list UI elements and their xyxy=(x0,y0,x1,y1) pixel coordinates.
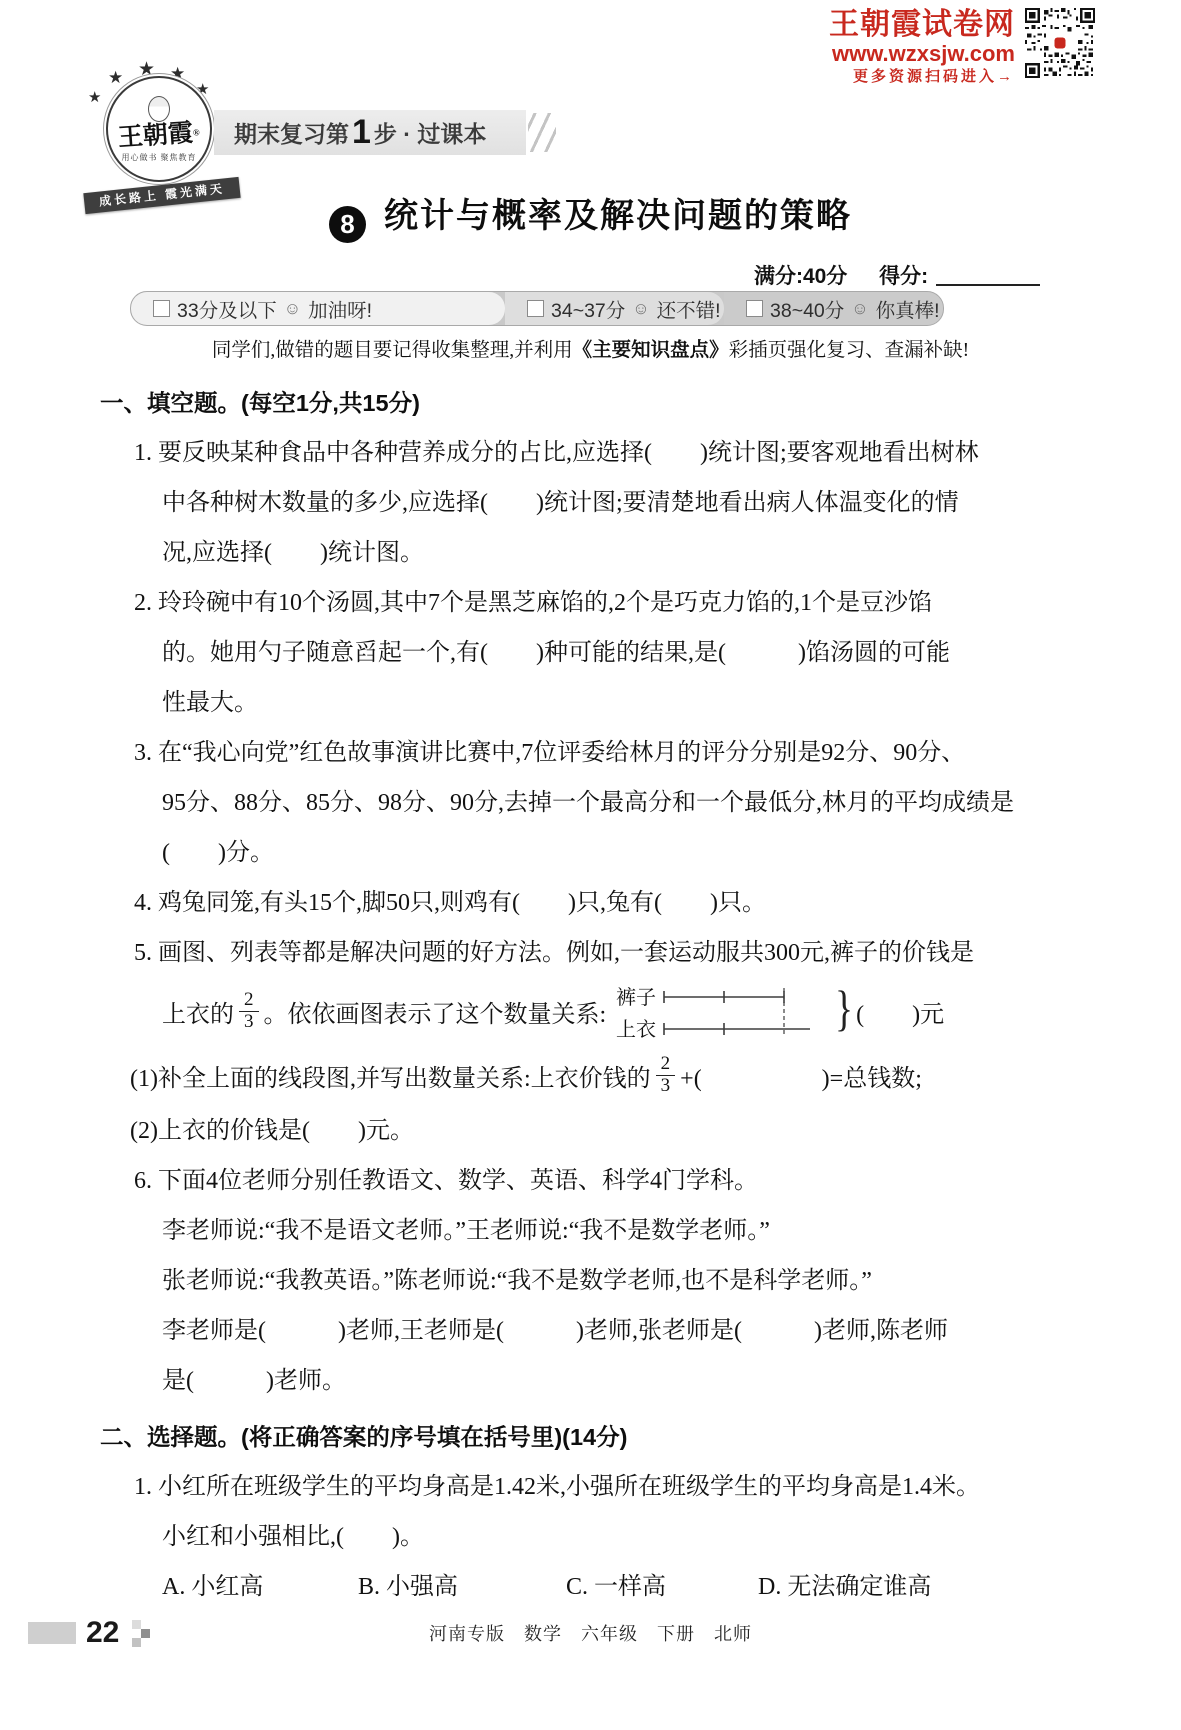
option-c: C. 一样高 xyxy=(566,1562,758,1612)
score-remark: 加油呀! xyxy=(308,295,372,323)
q5-line: 5. 画图、列表等都是解决问题的好方法。例如,一套运动服共300元,裤子的价钱是 xyxy=(100,928,1085,978)
score-checkbox[interactable] xyxy=(746,300,763,317)
smiley-icon: ☺ xyxy=(851,299,868,319)
choice-q1-line: 1. 小红所在班级学生的平均身高是1.42米,小强所在班级学生的平均身高是1.4… xyxy=(100,1462,1085,1512)
fraction-denominator: 3 xyxy=(661,1076,671,1097)
fraction-two-thirds: 2 3 xyxy=(239,990,259,1033)
score-checkbox[interactable] xyxy=(153,300,170,317)
q6-line: 张老师说:“我教英语。”陈老师说:“我不是数学老师,也不是科学老师。” xyxy=(100,1256,1085,1306)
full-score-label: 满分:40分 xyxy=(754,265,847,288)
q2-line: 2. 玲玲碗中有10个汤圆,其中7个是黑芝麻馅的,2个是巧克力馅的,1个是豆沙馅 xyxy=(100,578,1085,628)
qr-caption: 更多资源扫码进入→ xyxy=(829,66,1015,87)
q1-line: 1. 要反映某种食品中各种营养成分的占比,应选择( )统计图;要客观地看出树林 xyxy=(100,428,1085,478)
q5-sub1-prefix: (1)补全上面的线段图,并写出数量关系:上衣价钱的 xyxy=(130,1058,651,1093)
q2-line: 性最大。 xyxy=(100,678,1085,728)
banner-step-number: 1 xyxy=(352,113,371,152)
q1-line: 况,应选择( )统计图。 xyxy=(100,528,1085,578)
q3-line: 3. 在“我心向党”红色故事演讲比赛中,7位评委给林月的评分分别是92分、90分… xyxy=(100,728,1085,778)
q4-line: 4. 鸡兔同笼,有头15个,脚50只,则鸡有( )只,兔有( )只。 xyxy=(100,878,1085,928)
q5-sub1-suffix: +( )=总钱数; xyxy=(680,1058,922,1093)
fraction-denominator: 3 xyxy=(244,1012,254,1033)
banner-stripes xyxy=(528,113,556,152)
site-url: www.wzxsjw.com xyxy=(829,41,1015,66)
smiley-icon: ☺ xyxy=(632,299,649,319)
q2-line: 的。她用勺子随意舀起一个,有( )种可能的结果,是( )馅汤圆的可能 xyxy=(100,628,1085,678)
q6-line: 是( )老师。 xyxy=(100,1356,1085,1406)
fraction-numerator: 2 xyxy=(656,1054,676,1076)
option-d: D. 无法确定谁高 xyxy=(758,1562,931,1612)
diagram-bottom-label: 上衣 xyxy=(616,1018,656,1041)
paper-title-row: 8 统计与概率及解决问题的策略 xyxy=(0,188,1181,243)
q6-line: 李老师是( )老师,王老师是( )老师,张老师是( )老师,陈老师 xyxy=(100,1306,1085,1356)
badge-face-icon xyxy=(148,96,170,122)
diagram-top-label: 裤子 xyxy=(616,986,656,1009)
section-choice-heading: 二、选择题。(将正确答案的序号填在括号里)(14分) xyxy=(100,1420,1085,1454)
question-content: 一、填空题。(每空1分,共15分) 1. 要反映某种食品中各种营养成分的占比,应… xyxy=(100,386,1085,1612)
site-name: 王朝霞试卷网 xyxy=(829,8,1015,41)
line-segment-diagram: 裤子 上衣 xyxy=(614,980,830,1042)
choice-q1-line: 小红和小强相比,( )。 xyxy=(100,1512,1085,1562)
diagram-brace: } xyxy=(835,983,853,1033)
star-icon: ★ xyxy=(88,88,101,107)
q5-sub2-line: (2)上衣的价钱是( )元。 xyxy=(100,1106,1085,1156)
qr-code-icon xyxy=(1025,8,1095,78)
site-text: 王朝霞试卷网 www.wzxsjw.com 更多资源扫码进入→ xyxy=(829,8,1015,87)
q5-diagram-tail: ( )元 xyxy=(856,994,944,1029)
fraction-numerator: 2 xyxy=(239,990,259,1012)
banner-text-prefix: 期末复习第 xyxy=(234,116,349,149)
site-logo-block: 王朝霞试卷网 www.wzxsjw.com 更多资源扫码进入→ xyxy=(829,8,1095,87)
badge-brand-name: 王朝霞® xyxy=(117,120,200,151)
score-range-label: 34~37分 xyxy=(551,295,625,323)
badge-circle: 王朝霞® 用心做书 聚焦教育 xyxy=(106,76,212,182)
star-icon: ★ xyxy=(108,68,123,88)
unit-number-badge: 8 xyxy=(329,206,366,243)
page-title: 统计与概率及解决问题的策略 xyxy=(384,197,852,235)
option-a: A. 小红高 xyxy=(162,1562,358,1612)
score-band-segment-high: 38~40分 ☺ 你真棒! xyxy=(724,292,943,325)
score-range-label: 38~40分 xyxy=(770,295,844,323)
score-band-segment-low: 33分及以下 ☺ 加油呀! xyxy=(131,292,505,325)
badge-tagline: 用心做书 聚焦教育 xyxy=(122,152,197,163)
earned-score-label: 得分: xyxy=(879,265,928,288)
q5-frac-suffix: 。依依画图表示了这个数量关系: xyxy=(264,994,607,1029)
banner-text-suffix: 步 · 过课本 xyxy=(374,116,486,149)
q6-line: 李老师说:“我不是语文老师。”王老师说:“我不是数学老师。” xyxy=(100,1206,1085,1256)
review-step-banner: 期末复习第 1 步 · 过课本 xyxy=(214,110,526,155)
q5-sub1-line: (1)补全上面的线段图,并写出数量关系:上衣价钱的 2 3 +( )=总钱数; xyxy=(100,1044,1085,1106)
q3-line: ( )分。 xyxy=(100,828,1085,878)
score-band-segment-mid: 34~37分 ☺ 还不错! xyxy=(505,292,724,325)
score-remark: 你真棒! xyxy=(876,295,940,323)
brand-badge: ★ ★ ★ ★ ★ 王朝霞® 用心做书 聚焦教育 成长路上 霞光满天 xyxy=(92,60,232,200)
section-fill-heading: 一、填空题。(每空1分,共15分) xyxy=(100,386,1085,420)
smiley-icon: ☺ xyxy=(284,299,301,319)
earned-score-blank xyxy=(936,266,1040,286)
q6-line: 6. 下面4位老师分别任教语文、数学、英语、科学4门学科。 xyxy=(100,1156,1085,1206)
page-footer: 22 河南专版 数学 六年级 下册 北师 xyxy=(0,1608,1181,1664)
note-pre: 同学们,做错的题目要记得收集整理,并利用 xyxy=(212,340,573,361)
registered-mark: ® xyxy=(193,127,200,137)
note-post: 彩插页强化复习、查漏补缺! xyxy=(729,340,970,361)
score-range-label: 33分及以下 xyxy=(177,295,277,323)
q5-frac-prefix: 上衣的 xyxy=(162,994,234,1029)
q5-fraction-line: 上衣的 2 3 。依依画图表示了这个数量关系: 裤子 上衣 } ( )元 xyxy=(100,978,1085,1044)
fraction-two-thirds: 2 3 xyxy=(656,1054,676,1097)
score-row: 满分:40分 得分: xyxy=(754,260,1040,290)
score-checkbox[interactable] xyxy=(527,300,544,317)
edition-info: 河南专版 数学 六年级 下册 北师 xyxy=(0,1620,1181,1646)
segment-bars xyxy=(664,988,810,1036)
q3-line: 95分、88分、85分、98分、90分,去掉一个最高分和一个最低分,林月的平均成… xyxy=(100,778,1085,828)
note-book-title: 《主要知识盘点》 xyxy=(573,340,729,361)
study-note: 同学们,做错的题目要记得收集整理,并利用《主要知识盘点》彩插页强化复习、查漏补缺… xyxy=(0,334,1181,362)
option-b: B. 小强高 xyxy=(358,1562,566,1612)
score-band: 33分及以下 ☺ 加油呀! 34~37分 ☺ 还不错! 38~40分 ☺ 你真棒… xyxy=(130,291,944,326)
choice-q1-options: A. 小红高 B. 小强高 C. 一样高 D. 无法确定谁高 xyxy=(100,1562,1085,1612)
q1-line: 中各种树木数量的多少,应选择( )统计图;要清楚地看出病人体温变化的情 xyxy=(100,478,1085,528)
exam-paper-page: 王朝霞试卷网 www.wzxsjw.com 更多资源扫码进入→ xyxy=(0,0,1181,1730)
score-remark: 还不错! xyxy=(657,295,721,323)
